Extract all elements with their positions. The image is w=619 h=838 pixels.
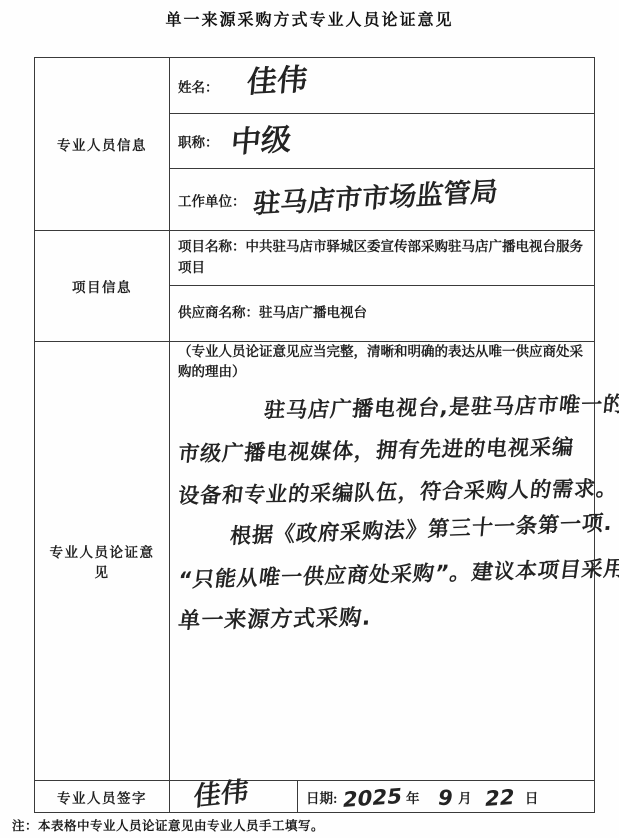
work-unit-label: 工作单位： (178, 190, 246, 210)
date-label: 日期: (306, 787, 338, 807)
date-day-unit: 日 (525, 787, 539, 807)
opinion-handwritten-block: 驻马店广播电视台,是驻马店市唯一的 市级广播电视媒体，拥有先进的电视采编 设备和… (178, 393, 586, 645)
job-title-handwritten-value: 中级 (229, 125, 292, 158)
supplier-name-label: 供应商名称： (178, 305, 259, 320)
name-cell: 姓名： 佳伟 (170, 58, 595, 114)
table-row: 专业人员签字 佳伟 日期: 2025 年 9 月 22 日 (35, 781, 595, 813)
date-day-handwritten: 22 (483, 787, 516, 810)
opinion-handwritten-line: 单一来源方式采购. (176, 595, 588, 644)
scanned-form-page: 单一来源采购方式专业人员论证意见 专业人员信息 姓名： 佳伟 (0, 0, 619, 838)
argumentation-form-table: 专业人员信息 姓名： 佳伟 职称： 中级 (34, 57, 595, 813)
section-label-opinion: 专业人员论证意见 (35, 342, 170, 781)
work-unit-cell: 工作单位： 驻马店市市场监管局 (170, 169, 595, 231)
page-title: 单一来源采购方式专业人员论证意见 (0, 7, 619, 30)
table-row: 专业人员信息 姓名： 佳伟 (35, 58, 595, 114)
signature-label: 专业人员签字 (35, 781, 170, 813)
supplier-name-cell: 供应商名称：驻马店广播电视台 (170, 286, 595, 342)
footnote: 注：本表格中专业人员论证意见由专业人员手工填写。 (12, 816, 324, 834)
table-row: 专业人员论证意见 （专业人员论证意见应当完整，清晰和明确的表达从唯一供应商处采购… (35, 342, 595, 781)
date-month-unit: 月 (458, 787, 472, 807)
project-name-cell: 项目名称：中共驻马店市驿城区委宣传部采购驻马店广播电视台服务项目 (170, 231, 595, 286)
name-label: 姓名： (178, 76, 219, 96)
job-title-label: 职称： (178, 131, 219, 151)
opinion-cell: （专业人员论证意见应当完整，清晰和明确的表达从唯一供应商处采购的理由） 驻马店广… (170, 342, 595, 781)
signature-handwritten-value: 佳伟 (193, 778, 250, 810)
signature-cell: 佳伟 (170, 781, 298, 813)
opinion-handwritten-line: 驻马店广播电视台,是驻马店市唯一的 (176, 385, 588, 434)
table-row: 项目信息 项目名称：中共驻马店市驿城区委宣传部采购驻马店广播电视台服务项目 (35, 231, 595, 286)
job-title-cell: 职称： 中级 (170, 114, 595, 169)
date-cell: 日期: 2025 年 9 月 22 日 (298, 781, 595, 813)
name-handwritten-value: 佳伟 (245, 65, 308, 98)
section-label-personnel-info: 专业人员信息 (35, 58, 170, 231)
work-unit-handwritten-value: 驻马店市市场监管局 (252, 179, 499, 219)
project-name-label: 项目名称： (178, 239, 246, 254)
supplier-name-value: 驻马店广播电视台 (259, 305, 367, 320)
date-year-unit: 年 (406, 787, 420, 807)
date-month-handwritten: 9 (436, 787, 455, 809)
opinion-handwritten-line: 市级广播电视媒体，拥有先进的电视采编 (176, 427, 588, 476)
opinion-instruction: （专业人员论证意见应当完整，清晰和明确的表达从唯一供应商处采购的理由） (178, 342, 586, 383)
section-label-project-info: 项目信息 (35, 231, 170, 342)
date-year-handwritten: 2025 (341, 786, 403, 811)
